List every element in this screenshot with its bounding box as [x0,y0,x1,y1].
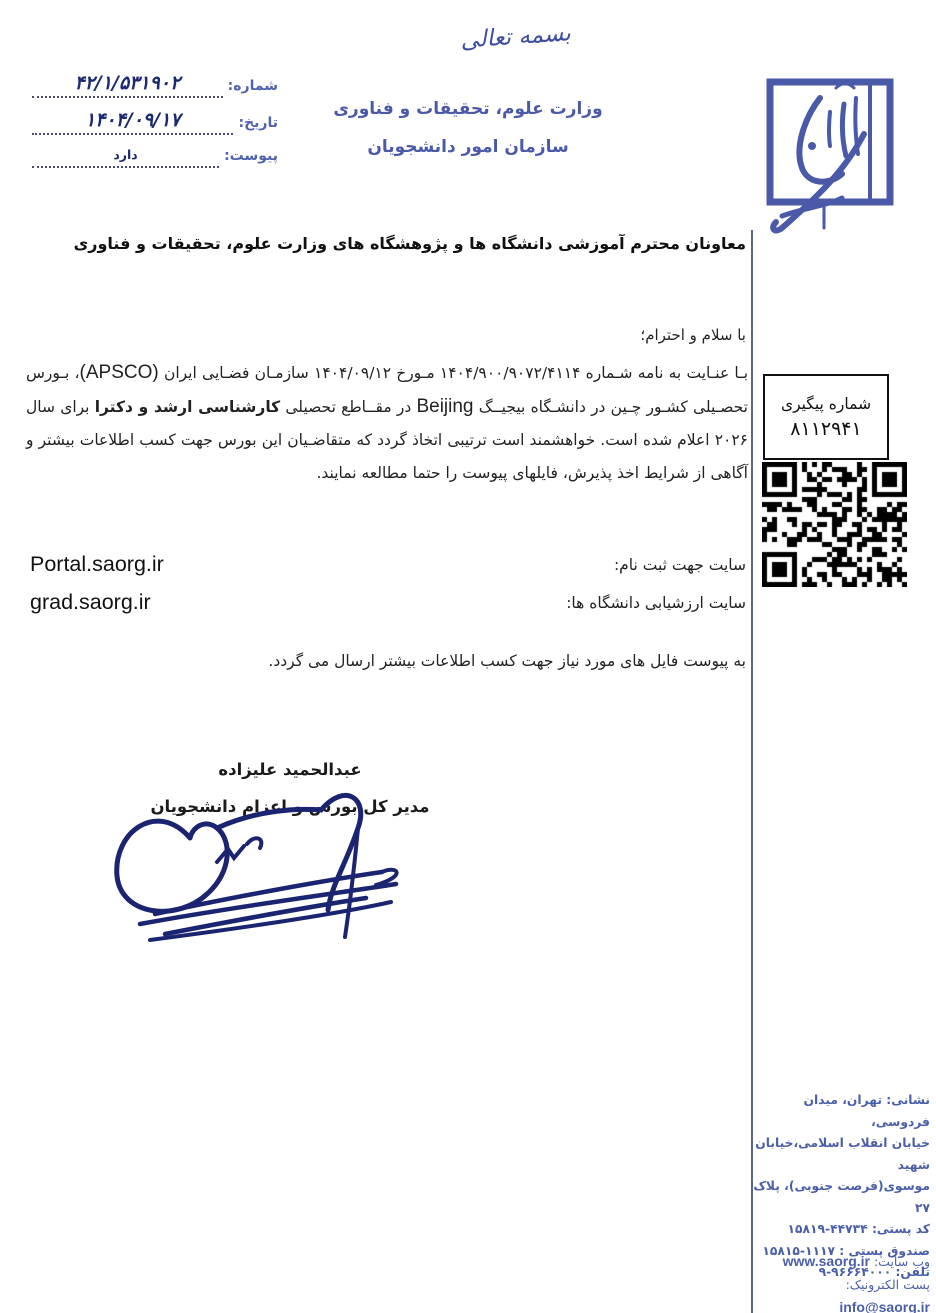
registration-site-row: سایت جهت ثبت نام: Portal.saorg.ir [30,552,746,577]
body-text-1: بـا عنـایت به نامه شـماره [580,364,748,382]
footer-web-block: وب سایت: www.saorg.ir پست الکترونیک: inf… [753,1250,930,1313]
body-text-6: برای سال [26,398,95,416]
evaluation-site-url[interactable]: grad.saorg.ir [30,590,151,615]
letterhead-meta: شماره: ۴۲/۱/۵۳۱۹۰۲ تاریخ: ۱۴۰۴/۰۹/۱۷ پیو… [32,70,278,177]
saorg-logo [722,74,927,246]
tracking-label: شماره پیگیری [781,395,871,413]
body-text-7: اعلام شده است. خواهشمند است ترتیبی اتخاذ… [26,431,748,482]
email-url[interactable]: info@saorg.ir [839,1299,930,1313]
organization-name: سازمان امور دانشجویان [318,128,618,166]
beijing-word: Beijing [416,396,473,417]
signatory-name: عبدالحمید علیزاده [150,760,430,779]
address-line-3: موسوی(فرصت جنوبی)، پلاک ۲۷ [753,1176,930,1219]
attachment-label: پیوست: [224,144,278,168]
postal-code-label: کد پستی: [872,1222,930,1236]
website-url[interactable]: www.saorg.ir [783,1253,870,1269]
address-line-2: خیابان انقلاب اسلامی،خیابان شهید [753,1133,930,1176]
address-line-1: نشانی: تهران، میدان فردوسی، [753,1090,930,1133]
date-row: تاریخ: ۱۴۰۴/۰۹/۱۷ [32,107,278,135]
body-text-5: در مقــاطع تحصیلی [280,398,416,416]
reference-number: ۱۴۰۴/۹۰۰/۹۰۷۲/۴۱۱۴ [440,364,581,382]
degrees-bold-text: کارشناسی ارشد و دکترا [95,398,280,416]
qr-code [762,462,907,587]
tracking-number: ۸۱۱۲۹۴۱ [790,418,861,440]
salutation-line: با سلام و احترام؛ [30,326,746,344]
date-label: تاریخ: [238,111,278,135]
registration-site-label: سایت جهت ثبت نام: [614,556,746,574]
number-row: شماره: ۴۲/۱/۵۳۱۹۰۲ [32,70,278,98]
scholarship-year: ۲۰۲۶ [715,431,748,449]
registration-site-url[interactable]: Portal.saorg.ir [30,552,164,577]
number-value: ۴۲/۱/۵۳۱۹۰۲ [32,70,223,98]
evaluation-site-row: سایت ارزشیابی دانشگاه ها: grad.saorg.ir [30,590,746,615]
letter-page: بسمه تعالی وزارت علوم، تحقیقات و فناوری … [0,0,936,1313]
postal-code-value: ۱۵۸۱۹-۴۴۷۳۴ [788,1222,868,1236]
attachment-row: پیوست: دارد [32,144,278,168]
evaluation-site-label: سایت ارزشیابی دانشگاه ها: [566,594,746,612]
reference-date: ۱۴۰۴/۰۹/۱۲ [314,364,391,382]
website-label: وب سایت: [874,1254,930,1269]
body-text-3: سازمـان فضـایی ایران [159,364,314,382]
signatory-title: مدیر کل بورس و اعزام دانشجویان [110,797,470,816]
attachment-note: به پیوست فایل های مورد نیاز جهت کسب اطلا… [30,652,746,670]
letterhead-org-block: وزارت علوم، تحقیقات و فناوری سازمان امور… [318,90,618,166]
email-label: پست الکترونیک: [846,1277,930,1292]
apsco-acronym: (APSCO) [80,362,159,383]
website-row: وب سایت: www.saorg.ir [753,1250,930,1273]
body-paragraph: بـا عنـایت به نامه شـماره ۱۴۰۴/۹۰۰/۹۰۷۲/… [26,356,748,490]
email-row: پست الکترونیک: info@saorg.ir [753,1273,930,1313]
number-label: شماره: [228,74,278,98]
attachment-value: دارد [32,144,219,168]
date-value: ۱۴۰۴/۰۹/۱۷ [32,107,233,135]
postal-code-row: کد پستی: ۱۵۸۱۹-۴۴۷۳۴ [753,1219,930,1241]
body-text-2: مـورخ [391,364,440,382]
ministry-name: وزارت علوم، تحقیقات و فناوری [318,90,618,128]
tracking-number-box: شماره پیگیری ۸۱۱۲۹۴۱ [763,374,889,460]
bismillah-calligraphy: بسمه تعالی [427,18,603,56]
addressee-line: معاونان محترم آموزشی دانشگاه ها و پژوهشگ… [30,234,746,253]
